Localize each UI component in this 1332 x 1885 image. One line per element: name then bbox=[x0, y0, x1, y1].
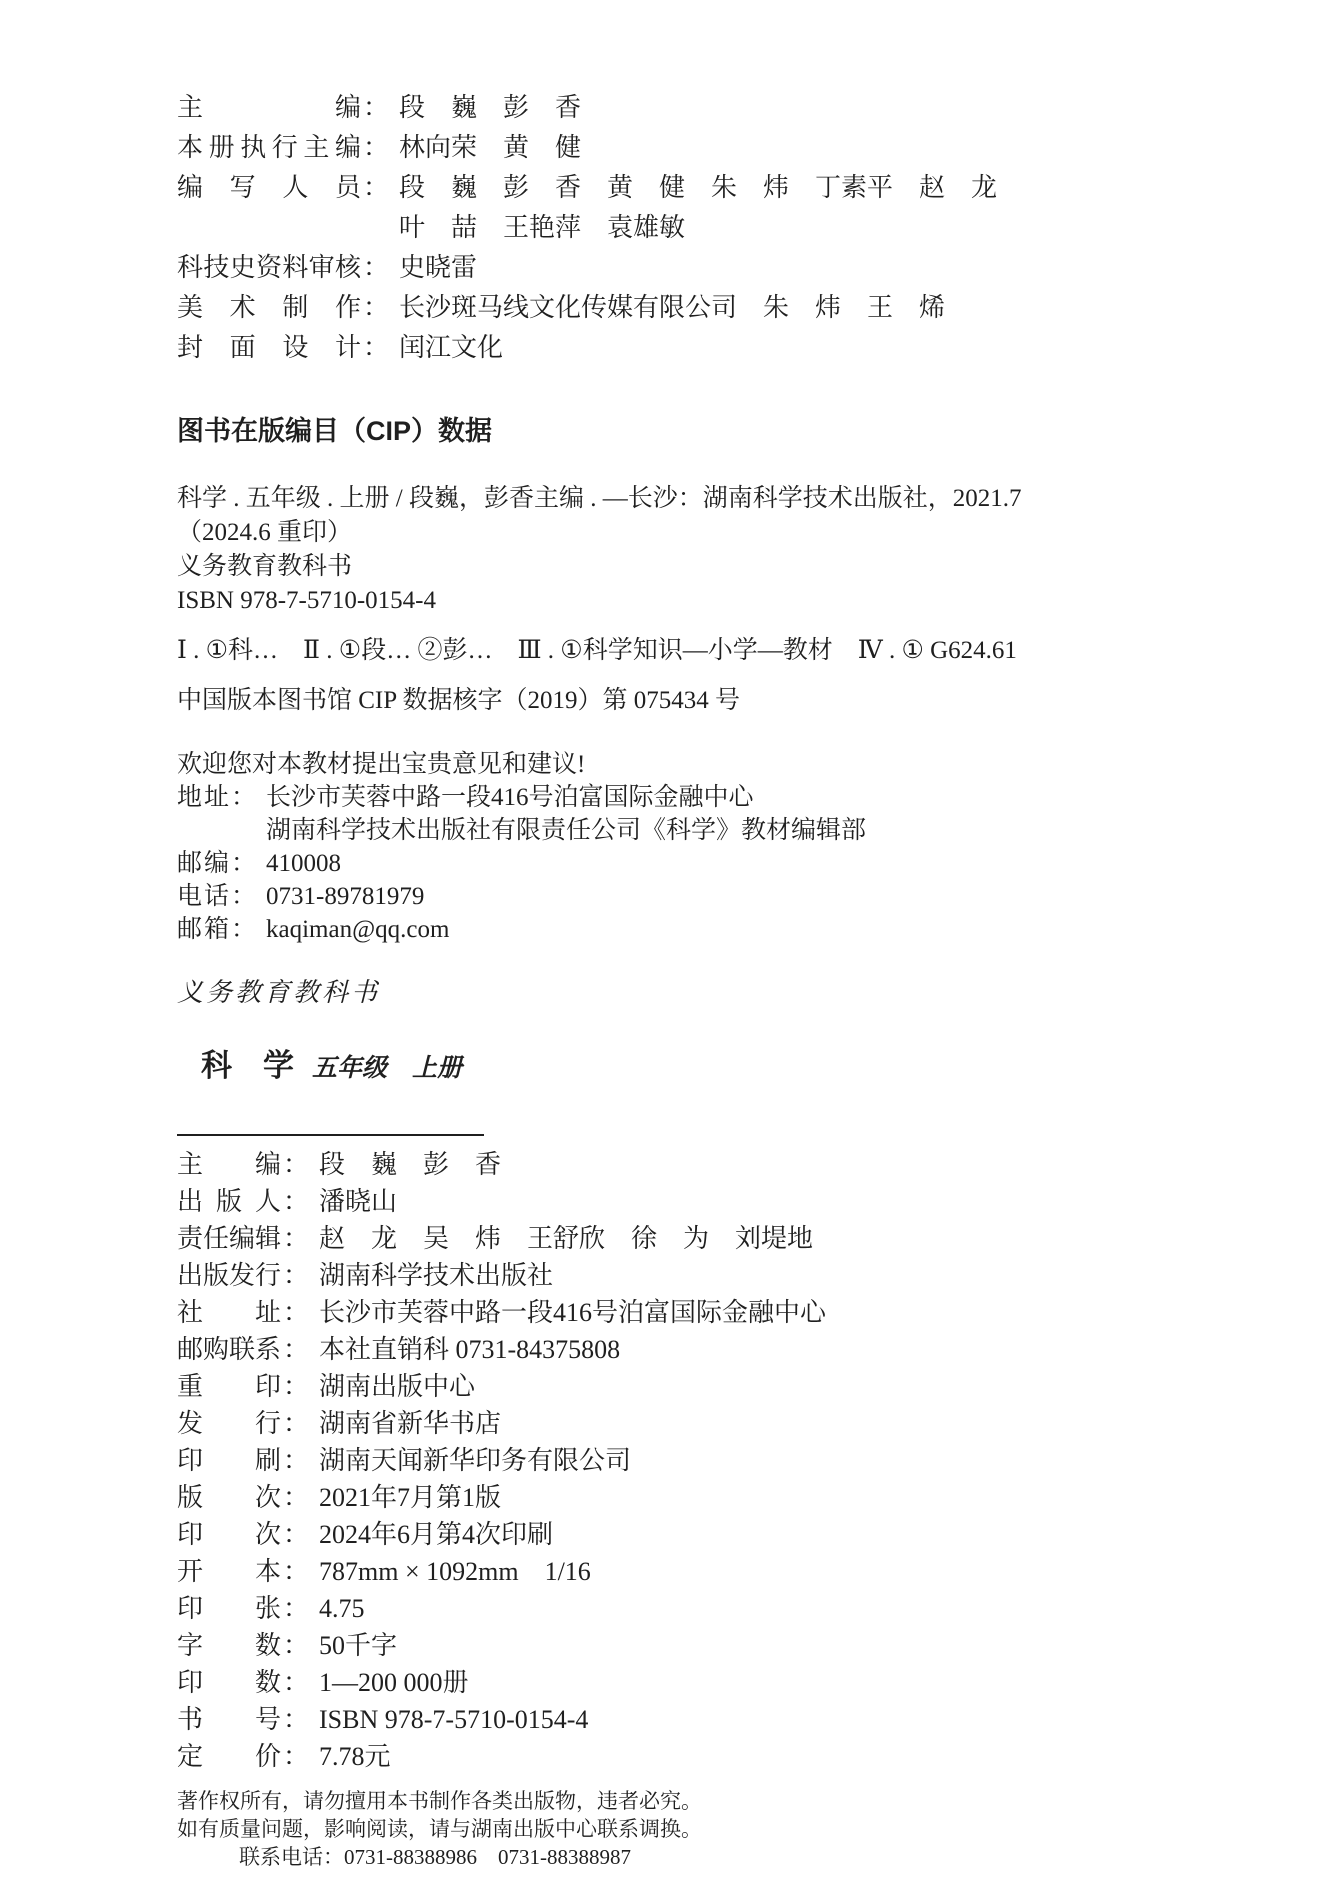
pub-value: 潘晓山 bbox=[319, 1187, 397, 1216]
pub-row-print-run: 印数：1—200 000册 bbox=[177, 1664, 1242, 1701]
pub-row-sheets: 印张：4.75 bbox=[177, 1590, 1242, 1627]
credit-row-chief-editor: 主编：段 巍 彭 香 bbox=[177, 88, 1242, 128]
copyright-notice: 著作权所有，请勿擅用本书制作各类出版物，违者必究。 bbox=[177, 1787, 1242, 1815]
pub-label: 出版人 bbox=[177, 1183, 281, 1220]
cip-line: 义务教育教科书 bbox=[177, 550, 1242, 584]
colon: ： bbox=[283, 1479, 309, 1516]
credit-row-writers: 编写人员：段 巍 彭 香 黄 健 朱 炜 丁素平 赵 龙 bbox=[177, 168, 1242, 208]
contact-value: 湖南科学技术出版社有限责任公司《科学》教材编辑部 bbox=[266, 817, 866, 844]
pub-value: 4.75 bbox=[319, 1594, 365, 1623]
colon: ： bbox=[283, 1294, 309, 1331]
colon: ： bbox=[283, 1664, 309, 1701]
pub-label: 责任编辑 bbox=[177, 1220, 281, 1257]
credit-row-cover-design: 封面设计：闰江文化 bbox=[177, 328, 1242, 368]
pub-value: 本社直销科 0731-84375808 bbox=[319, 1335, 620, 1364]
pub-label: 开本 bbox=[177, 1553, 281, 1590]
quality-notice: 如有质量问题，影响阅读，请与湖南出版中心联系调换。 bbox=[177, 1815, 1242, 1843]
pub-value: 段 巍 彭 香 bbox=[319, 1150, 501, 1179]
pub-label: 印数 bbox=[177, 1664, 281, 1701]
colon: ： bbox=[283, 1331, 309, 1368]
contact-value: 0731-89781979 bbox=[266, 883, 424, 910]
credit-value: 林向荣 黄 健 bbox=[399, 133, 581, 162]
book-title-main: 科 学 bbox=[201, 1048, 294, 1083]
colon: ： bbox=[283, 1627, 309, 1664]
pub-label: 印次 bbox=[177, 1516, 281, 1553]
colon: ： bbox=[283, 1257, 309, 1294]
publication-rows: 主编：段 巍 彭 香 出版人：潘晓山 责任编辑：赵 龙 吴 炜 王舒欣 徐 为 … bbox=[177, 1146, 1242, 1775]
credit-label: 本册执行主编 bbox=[177, 128, 361, 168]
pub-row-price: 定价：7.78元 bbox=[177, 1738, 1242, 1775]
pub-label: 字数 bbox=[177, 1627, 281, 1664]
contact-label: 电话 bbox=[177, 880, 229, 913]
credit-label: 封面设计 bbox=[177, 328, 361, 368]
credit-value: 长沙斑马线文化传媒有限公司 朱 炜 王 烯 bbox=[399, 293, 945, 322]
cip-lines: 科学 . 五年级 . 上册 / 段巍，彭香主编 . —长沙：湖南科学技术出版社，… bbox=[177, 482, 1242, 718]
credit-value: 段 巍 彭 香 黄 健 朱 炜 丁素平 赵 龙 bbox=[399, 173, 997, 202]
colon: ： bbox=[283, 1442, 309, 1479]
credit-value: 史晓雷 bbox=[399, 253, 477, 282]
contact-label: 邮编 bbox=[177, 847, 229, 880]
pub-label: 版次 bbox=[177, 1479, 281, 1516]
pub-row-address: 社址：长沙市芙蓉中路一段416号泊富国际金融中心 bbox=[177, 1294, 1242, 1331]
colon: ： bbox=[283, 1405, 309, 1442]
colon: ： bbox=[363, 88, 389, 128]
pub-value: 7.78元 bbox=[319, 1742, 391, 1771]
credit-row-history-review: 科技史资料审核：史晓雷 bbox=[177, 248, 1242, 288]
cip-line: （2024.6 重印） bbox=[177, 516, 1242, 550]
pub-value: 湖南出版中心 bbox=[319, 1372, 475, 1401]
cip-isbn-line: ISBN 978-7-5710-0154-4 bbox=[177, 584, 1242, 618]
pub-value: 长沙市芙蓉中路一段416号泊富国际金融中心 bbox=[319, 1298, 826, 1327]
pub-row-word-count: 字数：50千字 bbox=[177, 1627, 1242, 1664]
colon: ： bbox=[283, 1590, 309, 1627]
cip-classification-line: Ⅰ . ①科… Ⅱ . ①段… ②彭… Ⅲ . ①科学知识—小学—教材 Ⅳ . … bbox=[177, 634, 1242, 668]
colon: ： bbox=[283, 1183, 309, 1220]
credit-label: 美术制作 bbox=[177, 288, 361, 328]
pub-row-format: 开本：787mm × 1092mm 1/16 bbox=[177, 1553, 1242, 1590]
colon: ： bbox=[283, 1738, 309, 1775]
pub-row-edition: 版次：2021年7月第1版 bbox=[177, 1479, 1242, 1516]
pub-row-printing: 印刷：湖南天闻新华印务有限公司 bbox=[177, 1442, 1242, 1479]
contact-label: 邮箱 bbox=[177, 913, 229, 946]
contact-label: 地址 bbox=[177, 781, 229, 814]
copyright-page: 主编：段 巍 彭 香 本册执行主编：林向荣 黄 健 编写人员：段 巍 彭 香 黄… bbox=[0, 0, 1332, 1885]
pub-value: 湖南省新华书店 bbox=[319, 1409, 501, 1438]
colon: ： bbox=[363, 248, 389, 288]
colon: ： bbox=[363, 168, 389, 208]
feedback-block: 欢迎您对本教材提出宝贵意见和建议! 地址：长沙市芙蓉中路一段416号泊富国际金融… bbox=[177, 748, 1242, 946]
pub-label: 定价 bbox=[177, 1738, 281, 1775]
contact-value: kaqiman@qq.com bbox=[266, 916, 449, 943]
pub-label: 发行 bbox=[177, 1405, 281, 1442]
pub-value: 赵 龙 吴 炜 王舒欣 徐 为 刘堤地 bbox=[319, 1224, 813, 1253]
colon: ： bbox=[231, 847, 256, 880]
credits-block: 主编：段 巍 彭 香 本册执行主编：林向荣 黄 健 编写人员：段 巍 彭 香 黄… bbox=[177, 88, 1242, 368]
pub-label: 印刷 bbox=[177, 1442, 281, 1479]
book-title-sub: 五年级 上册 bbox=[312, 1055, 462, 1082]
colon: ： bbox=[363, 128, 389, 168]
pub-row-mail-order: 邮购联系：本社直销科 0731-84375808 bbox=[177, 1331, 1242, 1368]
credit-value: 段 巍 彭 香 bbox=[399, 93, 581, 122]
credit-value: 叶 喆 王艳萍 袁雄敏 bbox=[399, 213, 685, 242]
colon: ： bbox=[283, 1701, 309, 1738]
pub-row-distribution: 发行：湖南省新华书店 bbox=[177, 1405, 1242, 1442]
pub-value: 湖南科学技术出版社 bbox=[319, 1261, 553, 1290]
colon: ： bbox=[283, 1553, 309, 1590]
colon: ： bbox=[283, 1220, 309, 1257]
publication-block: 义务教育教科书 科 学五年级 上册 主编：段 巍 彭 香 出版人：潘晓山 责任编… bbox=[177, 976, 1242, 1775]
pub-row-chief-editor: 主编：段 巍 彭 香 bbox=[177, 1146, 1242, 1183]
contact-value: 410008 bbox=[266, 850, 341, 877]
contact-row-email: 邮箱：kaqiman@qq.com bbox=[177, 913, 1242, 946]
credit-row-writers-continued: ：叶 喆 王艳萍 袁雄敏 bbox=[177, 208, 1242, 248]
feedback-intro: 欢迎您对本教材提出宝贵意见和建议! bbox=[177, 748, 1242, 781]
pub-value: 50千字 bbox=[319, 1631, 397, 1660]
pub-label: 社址 bbox=[177, 1294, 281, 1331]
footer-notices: 著作权所有，请勿擅用本书制作各类出版物，违者必究。 如有质量问题，影响阅读，请与… bbox=[177, 1787, 1242, 1871]
book-title: 科 学五年级 上册 bbox=[177, 1012, 484, 1136]
colon: ： bbox=[231, 913, 256, 946]
cip-block: 图书在版编目（CIP）数据 科学 . 五年级 . 上册 / 段巍，彭香主编 . … bbox=[177, 414, 1242, 718]
pub-value: 2021年7月第1版 bbox=[319, 1483, 501, 1512]
credit-label: 主编 bbox=[177, 88, 361, 128]
pub-value: 787mm × 1092mm 1/16 bbox=[319, 1557, 591, 1586]
colon: ： bbox=[363, 328, 389, 368]
colon: ： bbox=[231, 880, 256, 913]
credit-row-art-production: 美术制作：长沙斑马线文化传媒有限公司 朱 炜 王 烯 bbox=[177, 288, 1242, 328]
credit-value: 闰江文化 bbox=[399, 333, 503, 362]
contact-value: 长沙市芙蓉中路一段416号泊富国际金融中心 bbox=[266, 784, 754, 811]
colon: ： bbox=[363, 288, 389, 328]
colon: ： bbox=[231, 781, 256, 814]
pub-label: 印张 bbox=[177, 1590, 281, 1627]
series-name: 义务教育教科书 bbox=[177, 976, 1242, 1010]
pub-label: 邮购联系 bbox=[177, 1331, 281, 1368]
pub-label: 重印 bbox=[177, 1368, 281, 1405]
colon: ： bbox=[283, 1516, 309, 1553]
cip-line: 科学 . 五年级 . 上册 / 段巍，彭香主编 . —长沙：湖南科学技术出版社，… bbox=[177, 482, 1242, 516]
contact-row-phone: 电话：0731-89781979 bbox=[177, 880, 1242, 913]
cip-record-number-line: 中国版本图书馆 CIP 数据核字（2019）第 075434 号 bbox=[177, 684, 1242, 718]
pub-value: 2024年6月第4次印刷 bbox=[319, 1520, 553, 1549]
contact-row-address: 地址：长沙市芙蓉中路一段416号泊富国际金融中心 bbox=[177, 781, 1242, 814]
pub-row-reprint: 重印：湖南出版中心 bbox=[177, 1368, 1242, 1405]
pub-value: ISBN 978-7-5710-0154-4 bbox=[319, 1705, 588, 1734]
pub-label: 出版发行 bbox=[177, 1257, 281, 1294]
credit-row-executive-editor: 本册执行主编：林向荣 黄 健 bbox=[177, 128, 1242, 168]
pub-value: 1—200 000册 bbox=[319, 1668, 469, 1697]
credit-label: 科技史资料审核 bbox=[177, 248, 361, 288]
pub-row-isbn: 书号：ISBN 978-7-5710-0154-4 bbox=[177, 1701, 1242, 1738]
pub-label: 书号 bbox=[177, 1701, 281, 1738]
cip-heading: 图书在版编目（CIP）数据 bbox=[177, 414, 1242, 448]
pub-row-responsible-editors: 责任编辑：赵 龙 吴 炜 王舒欣 徐 为 刘堤地 bbox=[177, 1220, 1242, 1257]
pub-row-publisher-person: 出版人：潘晓山 bbox=[177, 1183, 1242, 1220]
pub-row-impression: 印次：2024年6月第4次印刷 bbox=[177, 1516, 1242, 1553]
pub-row-publisher: 出版发行：湖南科学技术出版社 bbox=[177, 1257, 1242, 1294]
contact-row-address-continued: ：湖南科学技术出版社有限责任公司《科学》教材编辑部 bbox=[177, 814, 1242, 847]
credit-label: 编写人员 bbox=[177, 168, 361, 208]
colon: ： bbox=[283, 1368, 309, 1405]
pub-label: 主编 bbox=[177, 1146, 281, 1183]
pub-value: 湖南天闻新华印务有限公司 bbox=[319, 1446, 631, 1475]
contact-phones: 联系电话：0731-88388986 0731-88388987 bbox=[177, 1843, 1242, 1871]
colon: ： bbox=[283, 1146, 309, 1183]
contact-row-postcode: 邮编：410008 bbox=[177, 847, 1242, 880]
